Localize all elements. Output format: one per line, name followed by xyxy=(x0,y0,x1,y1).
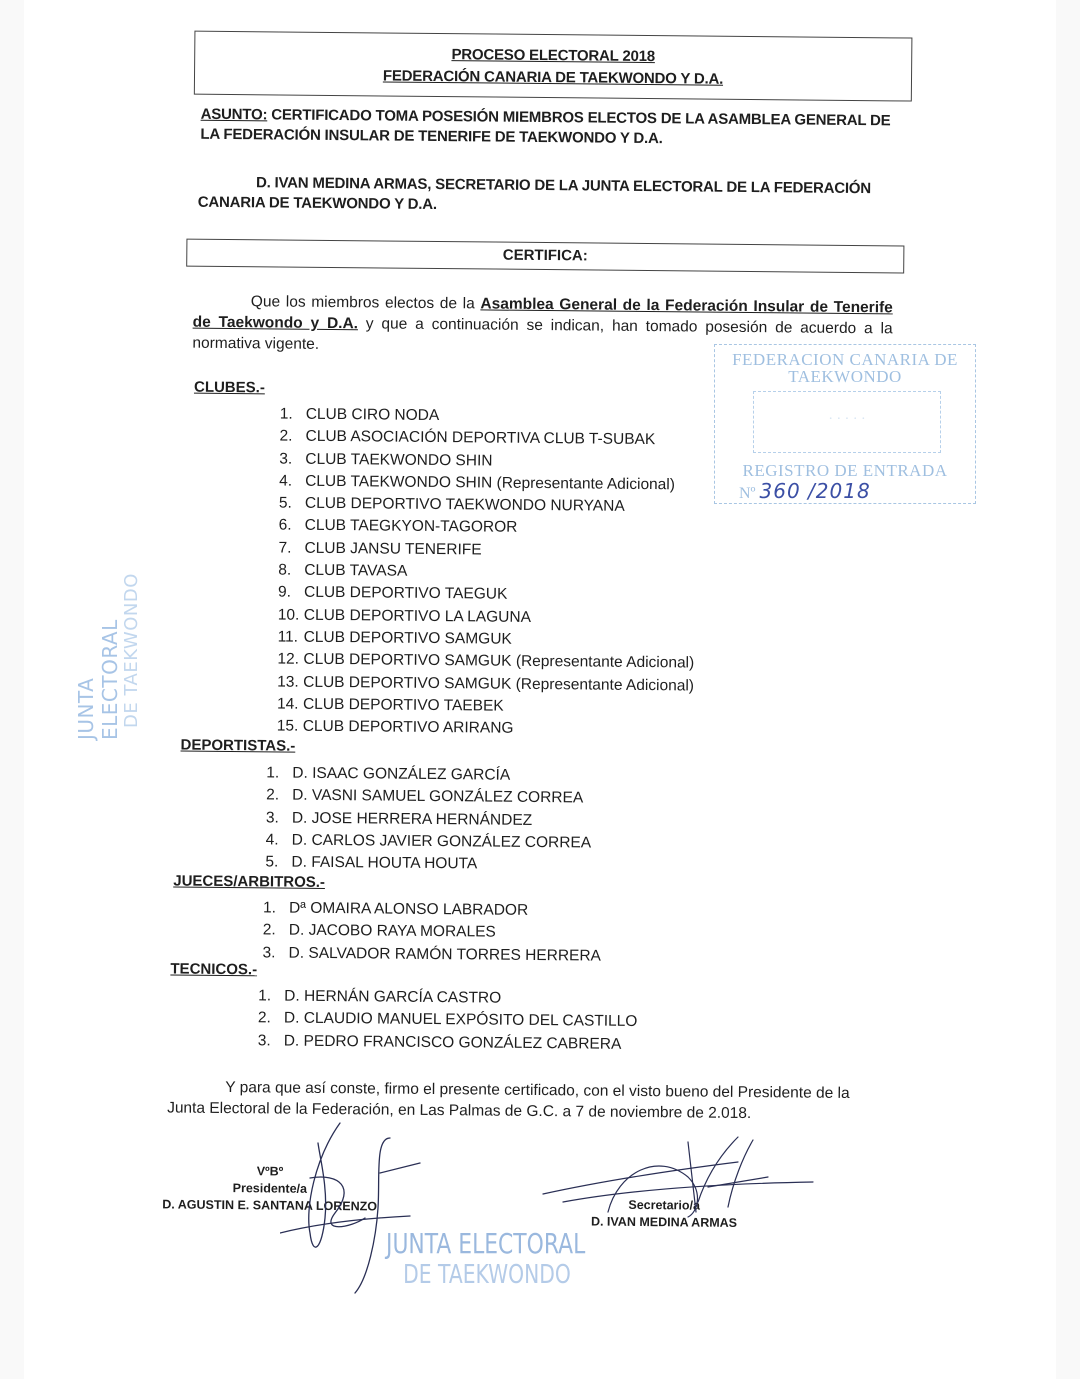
tecnicos-list: 1.D. HERNÁN GARCÍA CASTRO2.D. CLAUDIO MA… xyxy=(258,985,638,1056)
document-page: PROCESO ELECTORAL 2018 FEDERACIÓN CANARI… xyxy=(0,0,1080,1379)
list-item-number: 5. xyxy=(265,852,291,875)
list-item-text: D. JACOBO RAYA MORALES xyxy=(289,922,496,941)
list-item-number: 3. xyxy=(258,1030,284,1053)
list-item-number: 2. xyxy=(258,1008,284,1031)
list-item-text: CLUB DEPORTIVO ARIRANG xyxy=(303,718,514,737)
list-item: 1.D. ISAAC GONZÁLEZ GARCÍA xyxy=(266,762,592,787)
section-title-tecnicos: TECNICOS.- xyxy=(170,960,257,978)
list-item-number: 7. xyxy=(278,537,304,560)
list-item-text: Dª OMAIRA ALONSO LABRADOR xyxy=(289,900,528,919)
list-item-number: 1. xyxy=(258,985,284,1008)
list-item-text: D. SALVADOR RAMÓN TORRES HERRERA xyxy=(289,944,602,964)
list-item-text: CLUB DEPORTIVO SAMGUK xyxy=(304,629,512,648)
registry-stamp: FEDERACION CANARIA DE TAEKWONDO · · · · … xyxy=(714,344,976,504)
list-item-text: D. HERNÁN GARCÍA CASTRO xyxy=(284,988,501,1007)
stamp-org-line1: FEDERACION CANARIA DE xyxy=(715,351,975,368)
list-item-text: CLUB TAVASA xyxy=(304,562,407,580)
list-item-number: 1. xyxy=(263,897,289,920)
list-item-text: CLUB ASOCIACIÓN DEPORTIVA CLUB T-SUBAK xyxy=(305,428,655,448)
closing-paragraph: Y para que así conste, firmo el presente… xyxy=(167,1076,872,1125)
list-item-number: 5. xyxy=(279,493,305,516)
list-item-number: 9. xyxy=(278,582,304,605)
stamp-date-box: · · · · · xyxy=(753,391,941,453)
list-item: 1.Dª OMAIRA ALONSO LABRADOR xyxy=(263,897,602,923)
list-item: 3.D. SALVADOR RAMÓN TORRES HERRERA xyxy=(262,942,601,968)
stamp-number-prefix: Nº xyxy=(739,485,756,502)
list-item: 15.CLUB DEPORTIVO ARIRANG xyxy=(277,716,694,742)
list-item-number: 3. xyxy=(266,807,292,830)
list-item-text: CLUB TAEKWONDO SHIN xyxy=(305,450,492,469)
secretary-statement: D. IVAN MEDINA ARMAS, SECRETARIO DE LA J… xyxy=(198,173,898,220)
list-item-number: 14. xyxy=(277,693,303,716)
section-title-jueces: JUECES/ARBITROS.- xyxy=(173,872,325,890)
junta-electoral-vertical-stamp: JUNTA ELECTORAL DE TAEKWONDO xyxy=(74,570,142,740)
section-title-deportistas: DEPORTISTAS.- xyxy=(181,737,296,755)
subject-text: CERTIFICADO TOMA POSESIÓN MIEMBROS ELECT… xyxy=(200,106,890,147)
list-item: 4.D. CARLOS JAVIER GONZÁLEZ CORREA xyxy=(266,829,592,854)
secretary-signature-block: Secretario/a D. IVAN MEDINA ARMAS xyxy=(584,1196,744,1232)
certifica-label: CERTIFICA: xyxy=(503,247,588,265)
deportistas-list: 1.D. ISAAC GONZÁLEZ GARCÍA2.D. VASNI SAM… xyxy=(265,762,591,877)
list-item-text: CLUB DEPORTIVO LA LAGUNA xyxy=(304,606,531,625)
list-item-number: 10. xyxy=(278,604,304,627)
list-item-text: D. JOSE HERRERA HERNÁNDEZ xyxy=(292,809,532,828)
vertical-stamp-line1: JUNTA ELECTORAL xyxy=(74,570,122,740)
secretary-name: D. IVAN MEDINA ARMAS xyxy=(584,1213,744,1232)
junta-electoral-bottom-stamp: JUNTA ELECTORAL DE TAEKWONDO xyxy=(386,1228,585,1290)
list-item-text: CLUB DEPORTIVO SAMGUK (Representante Adi… xyxy=(303,651,694,672)
intro-pre: Que los miembros electos de la xyxy=(251,293,481,312)
president-role: Presidente/a xyxy=(162,1179,377,1198)
vertical-stamp-line2: DE TAEKWONDO xyxy=(122,570,142,728)
list-item-text: CLUB TAEKWONDO SHIN (Representante Adici… xyxy=(305,473,675,494)
list-item-text: D. CLAUDIO MANUEL EXPÓSITO DEL CASTILLO xyxy=(284,1010,638,1030)
list-item-number: 1. xyxy=(280,403,306,426)
secretary-role: Secretario/a xyxy=(584,1196,744,1215)
list-item-text: D. FAISAL HOUTA HOUTA xyxy=(291,854,477,873)
header-box: PROCESO ELECTORAL 2018 FEDERACIÓN CANARI… xyxy=(194,31,913,102)
list-item: 2.D. JACOBO RAYA MORALES xyxy=(263,920,602,946)
list-item-text: CLUB DEPORTIVO TAEKWONDO NURYANA xyxy=(305,495,625,515)
list-item-text: CLUB DEPORTIVO TAEGUK xyxy=(304,584,507,603)
president-name: D. AGUSTIN E. SANTANA LORENZO xyxy=(162,1196,377,1215)
list-item-number: 15. xyxy=(277,716,303,739)
stamp-registry-number: Nº 360 /2018 xyxy=(739,479,959,503)
list-item-text: D. ISAAC GONZÁLEZ GARCÍA xyxy=(292,765,510,784)
stamp-date-illegible: · · · · · xyxy=(754,412,940,428)
stamp-registry-label: REGISTRO DE ENTRADA xyxy=(715,461,975,481)
list-item-text: CLUB TAEGKYON-TAGOROR xyxy=(305,517,518,536)
list-item: 3.D. JOSE HERRERA HERNÁNDEZ xyxy=(266,807,592,832)
president-signature-block: VºBº Presidente/a D. AGUSTIN E. SANTANA … xyxy=(162,1162,377,1215)
list-item: 2.D. VASNI SAMUEL GONZÁLEZ CORREA xyxy=(266,785,592,810)
list-item-number: 13. xyxy=(277,671,303,694)
certifica-box: CERTIFICA: xyxy=(186,239,904,274)
list-item-number: 2. xyxy=(266,785,292,808)
jueces-list: 1.Dª OMAIRA ALONSO LABRADOR2.D. JACOBO R… xyxy=(262,897,601,967)
clubes-list: 1.CLUB CIRO NODA2.CLUB ASOCIACIÓN DEPORT… xyxy=(277,403,697,741)
list-item-number: 8. xyxy=(278,560,304,583)
list-item-text: D. CARLOS JAVIER GONZÁLEZ CORREA xyxy=(292,832,592,852)
list-item: 3.D. PEDRO FRANCISCO GONZÁLEZ CABRERA xyxy=(258,1030,638,1056)
vobo-label: VºBº xyxy=(162,1162,377,1181)
bottom-stamp-line2: DE TAEKWONDO xyxy=(403,1260,585,1290)
list-item-text: CLUB JANSU TENERIFE xyxy=(304,540,481,559)
list-item-number: 3. xyxy=(279,448,305,471)
section-title-clubes: CLUBES.- xyxy=(194,379,265,397)
list-item-number: 12. xyxy=(277,649,303,672)
subject-label: ASUNTO: xyxy=(201,106,268,124)
list-item-text: CLUB DEPORTIVO TAEBEK xyxy=(303,696,504,715)
list-item-text: CLUB DEPORTIVO SAMGUK (Representante Adi… xyxy=(303,673,694,694)
list-item-number: 2. xyxy=(263,920,289,943)
list-item-number: 11. xyxy=(278,626,304,649)
handwritten-registry-number: 360 /2018 xyxy=(760,479,871,503)
bottom-stamp-line1: JUNTA ELECTORAL xyxy=(386,1228,585,1260)
list-item-text: CLUB CIRO NODA xyxy=(306,406,440,424)
list-item-number: 4. xyxy=(279,470,305,493)
subject: ASUNTO: CERTIFICADO TOMA POSESIÓN MIEMBR… xyxy=(200,105,890,152)
list-item-number: 4. xyxy=(266,829,292,852)
list-item-number: 6. xyxy=(279,515,305,538)
list-item: 2.D. CLAUDIO MANUEL EXPÓSITO DEL CASTILL… xyxy=(258,1008,638,1034)
list-item-text: D. PEDRO FRANCISCO GONZÁLEZ CABRERA xyxy=(284,1032,622,1052)
list-item-number: 2. xyxy=(279,426,305,449)
stamp-org-line2: TAEKWONDO xyxy=(715,368,975,385)
list-item-number: 1. xyxy=(266,762,292,785)
list-item-number: 3. xyxy=(262,942,288,965)
list-item-text: D. VASNI SAMUEL GONZÁLEZ CORREA xyxy=(292,787,583,807)
